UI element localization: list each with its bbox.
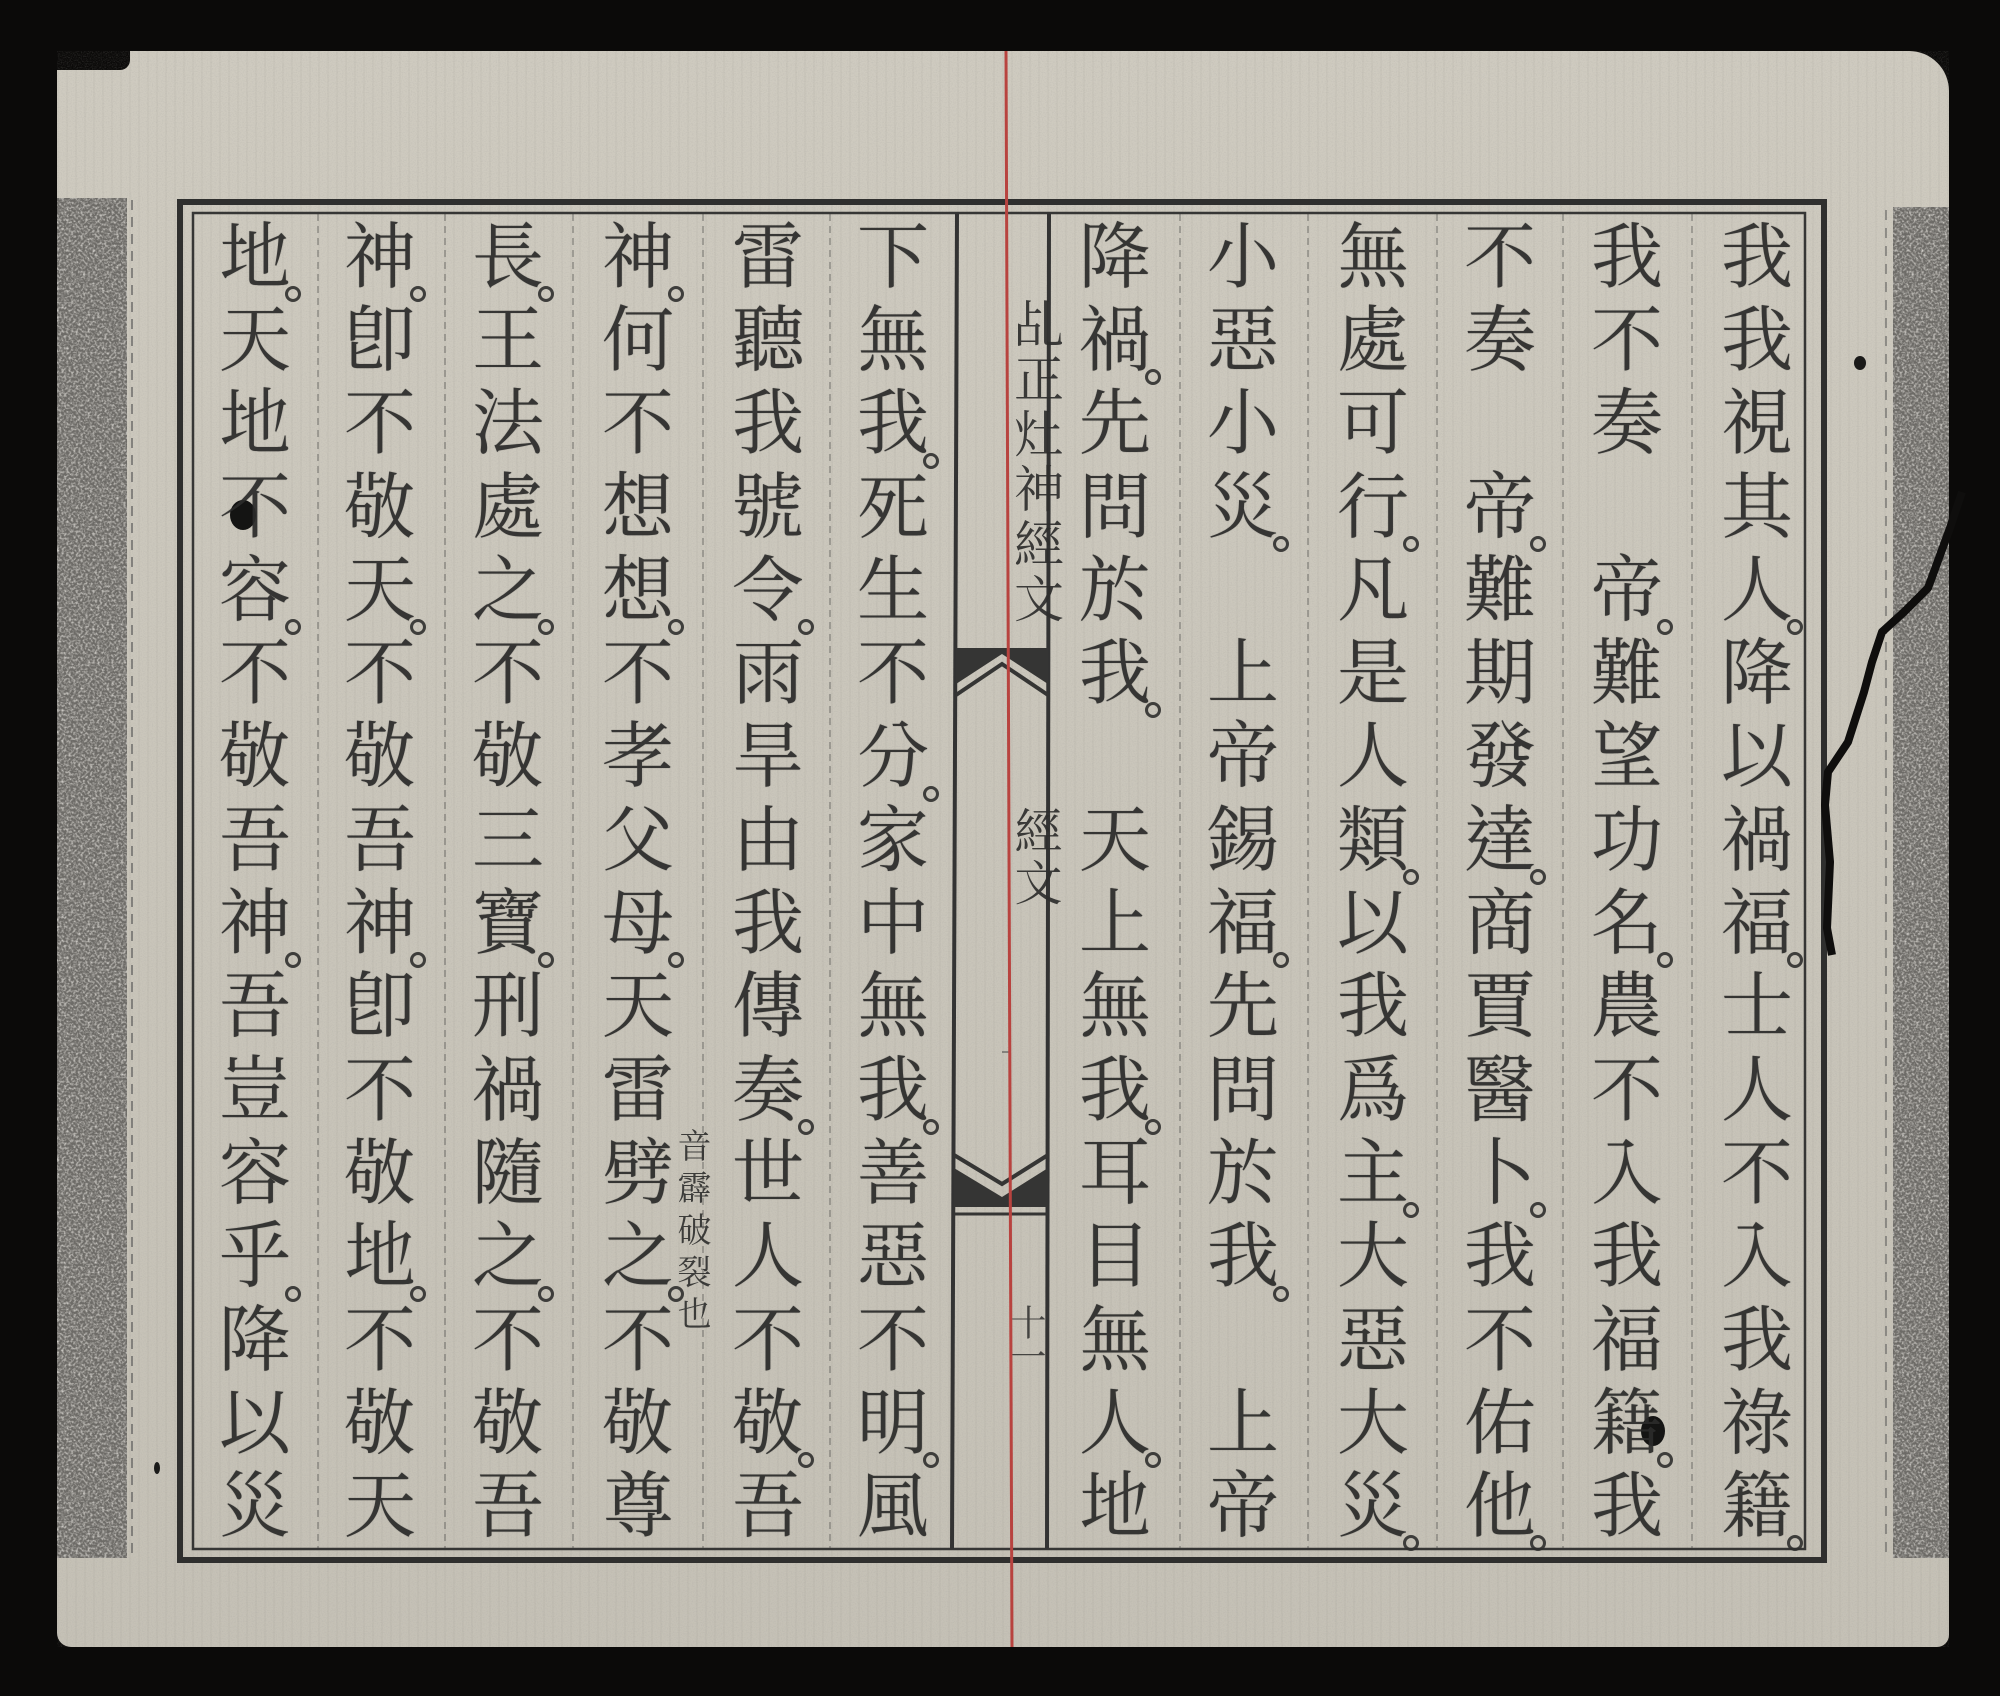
character-cell: 無 [1052,965,1178,1048]
character-cell: 尊 [575,1464,701,1547]
character-cell: 吾 [192,965,318,1048]
character-cell: 號 [705,465,831,548]
character: 不 [219,637,291,709]
character: 不 [472,637,544,709]
character-cell: 凡 [1310,548,1436,631]
character: 凡 [1337,554,1409,626]
character-cell: 發 [1437,715,1563,798]
scanned-book-leaf: 我我視其人降以禍福士人不入我祿籍 我不奏 帝難望功名農不入我福籍我 不奏 帝難期… [0,0,2000,1696]
character: 以 [1337,887,1409,959]
character-cell: 三 [445,798,571,881]
character-cell: 功 [1564,798,1690,881]
left-margin-strip [57,198,132,1558]
character-cell: 視 [1694,382,1820,465]
character-cell: 神 [317,881,443,964]
character: 他 [1464,1470,1536,1542]
character: 降 [1721,637,1793,709]
character: 功 [1591,804,1663,876]
character: 福 [1721,887,1793,959]
character: 籍 [1721,1470,1793,1542]
character-cell: 敬 [317,465,443,548]
character: 善 [857,1137,929,1209]
character-cell: 帝 [1180,715,1306,798]
character-cell: 不 [1564,298,1690,381]
character-cell: 不 [575,631,701,714]
character: 之 [472,1220,544,1292]
character: 士 [1721,970,1793,1042]
character: 上 [1079,887,1151,959]
character-cell: 達 [1437,798,1563,881]
character: 我 [1464,1220,1536,1292]
character-cell: 醫 [1437,1048,1563,1131]
character: 敬 [472,720,544,792]
character: 死 [857,471,929,543]
character: 乎 [219,1220,291,1292]
character: 隨 [472,1137,544,1209]
character-cell: 行 [1310,465,1436,548]
character-cell: 耳 [1052,1131,1178,1214]
character: 奏 [1591,387,1663,459]
character-cell: 小 [1180,215,1306,298]
character-cell: 人 [1310,715,1436,798]
character: 敬 [219,720,291,792]
character: 祿 [1721,1387,1793,1459]
character: 其 [1721,471,1793,543]
character: 類 [1337,804,1409,876]
character: 敬 [472,1387,544,1459]
character: 福 [1591,1304,1663,1376]
character-cell: 吾 [445,1464,571,1547]
character-cell: 人 [1694,1048,1820,1131]
character-cell: 天 [317,548,443,631]
center-column-title: 乩正灶神經文 [999,298,1071,628]
character: 神 [344,887,416,959]
character-cell: 爲 [1310,1048,1436,1131]
honorific-space [1180,548,1306,631]
text-column: 我不奏 帝難望功名農不入我福籍我 [1564,215,1690,1548]
character: 問 [1207,1054,1279,1126]
character-cell: 上 [1052,881,1178,964]
character: 三 [472,804,544,876]
text-column: 我我視其人降以禍福士人不入我祿籍 [1694,215,1820,1548]
character-cell: 其 [1694,465,1820,548]
character-cell: 敬 [317,1381,443,1464]
character-cell: 福 [1694,881,1820,964]
ink-spot [1854,356,1866,370]
character: 我 [1337,970,1409,1042]
character-cell: 風 [830,1464,956,1547]
character-cell: 我 [1180,1215,1306,1298]
character: 卽 [344,304,416,376]
text-column: 下無我死生不分家中無我善惡不明風 [830,215,956,1548]
character: 無 [857,304,929,376]
character-cell: 地 [317,1215,443,1298]
character: 名 [1591,887,1663,959]
character: 劈 [602,1137,674,1209]
character-cell: 王 [445,298,571,381]
character-cell: 無 [830,965,956,1048]
character: 帝 [1207,720,1279,792]
character: 先 [1079,387,1151,459]
character-cell: 令 [705,548,831,631]
character-cell: 商 [1437,881,1563,964]
character-cell: 地 [192,215,318,298]
character: 災 [219,1470,291,1542]
character: 天 [1079,804,1151,876]
character-cell: 降 [1052,215,1178,298]
character: 不 [602,637,674,709]
character-cell: 由 [705,798,831,881]
honorific-space [1437,382,1563,465]
character-cell: 降 [1694,631,1820,714]
character-cell: 奏 [1564,382,1690,465]
character-cell: 敬 [575,1381,701,1464]
character: 聽 [732,304,804,376]
character: 想 [602,554,674,626]
character-cell: 長 [445,215,571,298]
character-cell: 禍 [1694,798,1820,881]
character: 降 [219,1304,291,1376]
character-cell: 吾 [192,798,318,881]
character-cell: 乎 [192,1215,318,1298]
character-cell: 之 [445,1215,571,1298]
character-cell: 雷 [705,215,831,298]
character: 望 [1591,720,1663,792]
character: 惡 [857,1220,929,1292]
character: 敬 [602,1387,674,1459]
character: 神 [344,221,416,293]
character: 我 [1207,1220,1279,1292]
character-cell: 母 [575,881,701,964]
character: 醫 [1464,1054,1536,1126]
character-cell: 禍 [445,1048,571,1131]
character: 入 [1591,1137,1663,1209]
character: 旱 [732,720,804,792]
character-cell: 人 [705,1215,831,1298]
honorific-space [1180,1298,1306,1381]
honorific-space [1052,715,1178,798]
character: 發 [1464,720,1536,792]
interlinear-annotation: 音霹破裂也 [667,1128,716,1338]
character: 禍 [472,1054,544,1126]
character: 帝 [1591,554,1663,626]
character: 以 [219,1387,291,1459]
character-cell: 我 [1052,1048,1178,1131]
character: 分 [857,720,929,792]
character: 神 [219,887,291,959]
character-cell: 敬 [192,715,318,798]
character-cell: 以 [1694,715,1820,798]
character-cell: 敬 [317,1131,443,1214]
character: 雷 [732,221,804,293]
character-cell: 惡 [1180,298,1306,381]
honorific-space [1564,465,1690,548]
character-cell: 大 [1310,1215,1436,1298]
character-cell: 上 [1180,1381,1306,1464]
character: 問 [1079,471,1151,543]
character-cell: 旱 [705,715,831,798]
character: 法 [472,387,544,459]
character-cell: 不 [445,1298,571,1381]
character-cell: 中 [830,881,956,964]
character: 地 [1079,1470,1151,1542]
character-cell: 降 [192,1298,318,1381]
character: 不 [602,1304,674,1376]
character-cell: 農 [1564,965,1690,1048]
text-column: 地天地不容不敬吾神吾豈容乎降以災 [192,215,318,1548]
ink-spot [154,1462,160,1474]
character: 上 [1207,1387,1279,1459]
character-cell: 地 [192,382,318,465]
character: 於 [1207,1137,1279,1209]
character-cell: 不 [192,631,318,714]
character: 孝 [602,720,674,792]
character-cell: 不 [830,631,956,714]
character: 先 [1207,970,1279,1042]
character: 是 [1337,637,1409,709]
character: 我 [732,887,804,959]
character: 我 [1721,304,1793,376]
character: 我 [1591,221,1663,293]
character-cell: 父 [575,798,701,881]
character: 世 [732,1137,804,1209]
character: 號 [732,471,804,543]
character-cell: 難 [1437,548,1563,631]
character: 惡 [1207,304,1279,376]
character-cell: 生 [830,548,956,631]
character: 禍 [1721,804,1793,876]
character: 不 [1591,1054,1663,1126]
character: 主 [1337,1137,1409,1209]
character-cell: 敬 [705,1381,831,1464]
character-cell: 我 [1694,1298,1820,1381]
character-cell: 家 [830,798,956,881]
character: 籍 [1591,1387,1663,1459]
character-cell: 不 [1437,1298,1563,1381]
character: 由 [732,804,804,876]
character-cell: 我 [830,1048,956,1131]
character: 我 [1079,637,1151,709]
character-cell: 世 [705,1131,831,1214]
character-cell: 天 [192,298,318,381]
character: 神 [602,221,674,293]
character: 期 [1464,637,1536,709]
character-cell: 我 [1310,965,1436,1048]
character: 處 [472,471,544,543]
character: 人 [1721,1054,1793,1126]
character-cell: 我 [830,382,956,465]
character-cell: 於 [1180,1131,1306,1214]
character: 天 [219,304,291,376]
character: 災 [1207,471,1279,543]
character-cell: 入 [1694,1215,1820,1298]
character: 父 [602,804,674,876]
character: 視 [1721,387,1793,459]
character: 行 [1337,471,1409,543]
character [1207,554,1279,626]
character-cell: 雨 [705,631,831,714]
character: 目 [1079,1220,1151,1292]
character-cell: 敬 [317,715,443,798]
character: 可 [1337,387,1409,459]
character: 不 [1464,1304,1536,1376]
text-column: 無處可行凡是人類以我爲主大惡大災 [1310,215,1436,1548]
character: 天 [344,1470,416,1542]
character-cell: 是 [1310,631,1436,714]
character: 不 [857,1304,929,1376]
character-cell: 我 [1564,215,1690,298]
character: 不 [472,1304,544,1376]
character: 不 [602,387,674,459]
character-cell: 名 [1564,881,1690,964]
character-cell: 惡 [1310,1298,1436,1381]
character: 令 [732,554,804,626]
character-cell: 我 [705,881,831,964]
character-cell: 不 [317,631,443,714]
character: 禍 [1079,304,1151,376]
character-cell: 他 [1437,1464,1563,1547]
character: 入 [1721,1220,1793,1292]
character: 我 [1591,1470,1663,1542]
character-cell: 入 [1564,1131,1690,1214]
character: 吾 [219,970,291,1042]
character: 何 [602,304,674,376]
character-cell: 我 [1694,215,1820,298]
character: 卽 [344,970,416,1042]
character: 想 [602,471,674,543]
character: 敬 [732,1387,804,1459]
character: 風 [857,1470,929,1542]
character-cell: 望 [1564,715,1690,798]
character: 尊 [602,1470,674,1542]
character: 地 [219,387,291,459]
character-cell: 期 [1437,631,1563,714]
character-cell: 無 [830,298,956,381]
character: 家 [857,804,929,876]
character-cell: 豈 [192,1048,318,1131]
character-cell: 天 [317,1464,443,1547]
character: 下 [857,221,929,293]
character-cell: 我 [1564,1215,1690,1298]
character-cell: 不 [705,1298,831,1381]
text-column: 小惡小災 上帝錫福先問於我 上帝 [1180,215,1306,1548]
character: 人 [1079,1387,1151,1459]
character: 不 [344,637,416,709]
character: 不 [1721,1137,1793,1209]
character-cell: 死 [830,465,956,548]
character-cell: 神 [575,215,701,298]
character: 不 [344,387,416,459]
character-cell: 福 [1564,1298,1690,1381]
character-cell: 奏 [1437,298,1563,381]
character: 福 [1207,887,1279,959]
character-cell: 法 [445,382,571,465]
character-cell: 類 [1310,798,1436,881]
character: 不 [344,1054,416,1126]
character-cell: 天 [575,965,701,1048]
character-cell: 神 [317,215,443,298]
character: 農 [1591,970,1663,1042]
character-cell: 不 [445,631,571,714]
character: 地 [344,1220,416,1292]
character-cell: 何 [575,298,701,381]
character: 我 [1721,221,1793,293]
character: 無 [1337,221,1409,293]
character-cell: 災 [1310,1464,1436,1547]
character: 無 [1079,970,1151,1042]
character-cell: 卜 [1437,1131,1563,1214]
character-cell: 我 [705,382,831,465]
character: 吾 [219,804,291,876]
character: 降 [1079,221,1151,293]
character-cell: 難 [1564,631,1690,714]
character: 奏 [732,1054,804,1126]
character: 小 [1207,387,1279,459]
character-cell: 卽 [317,965,443,1048]
character: 於 [1079,554,1151,626]
character-cell: 之 [445,548,571,631]
character: 天 [602,970,674,1042]
character-cell: 我 [1564,1464,1690,1547]
character: 人 [1721,554,1793,626]
character-cell: 災 [1180,465,1306,548]
character: 大 [1337,1387,1409,1459]
character: 雷 [602,1054,674,1126]
character-cell: 可 [1310,382,1436,465]
character [1207,1304,1279,1376]
character: 不 [857,637,929,709]
character-cell: 卽 [317,298,443,381]
character: 小 [1207,221,1279,293]
character: 不 [732,1304,804,1376]
character-cell: 上 [1180,631,1306,714]
character-cell: 地 [1052,1464,1178,1547]
text-column: 不奏 帝難期發達商賈醫卜我不佑他 [1437,215,1563,1548]
character: 我 [1079,1054,1151,1126]
character-cell: 以 [192,1381,318,1464]
character: 不 [219,471,291,543]
character-cell: 隨 [445,1131,571,1214]
character: 敬 [344,1387,416,1459]
right-margin-strip [1886,207,1949,1558]
character-cell: 以 [1310,881,1436,964]
character-cell: 想 [575,548,701,631]
character-cell: 奏 [705,1048,831,1131]
character: 不 [1591,304,1663,376]
character-cell: 處 [1310,298,1436,381]
character: 錫 [1207,804,1279,876]
character: 我 [732,387,804,459]
character-cell: 吾 [317,798,443,881]
character-cell: 問 [1180,1048,1306,1131]
character-cell: 士 [1694,965,1820,1048]
character-cell: 我 [1694,298,1820,381]
character: 惡 [1337,1304,1409,1376]
character-cell: 目 [1052,1215,1178,1298]
character-cell: 天 [1052,798,1178,881]
character: 大 [1337,1220,1409,1292]
character-cell: 不 [1564,1048,1690,1131]
character: 人 [732,1220,804,1292]
character: 商 [1464,887,1536,959]
character: 傳 [732,970,804,1042]
character-cell: 無 [1052,1298,1178,1381]
character: 寶 [472,887,544,959]
character: 處 [1337,304,1409,376]
character: 刑 [472,970,544,1042]
character: 吾 [732,1470,804,1542]
character: 難 [1464,554,1536,626]
